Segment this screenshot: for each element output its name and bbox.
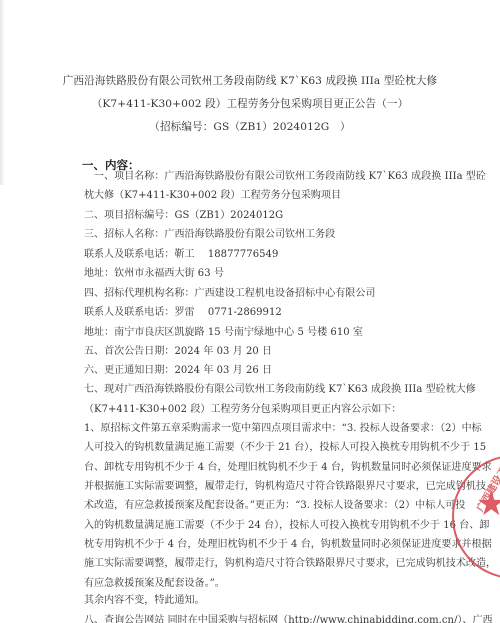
body-line-14: 1、原招标文件第五章采购需求一览中第四点项目需求中：“3. 投标人设备要求：（2…: [84, 422, 482, 435]
body-line-21: 施工实际需要调整，履带走行，钩机构造尺寸符合铁路限界尺寸要求，已完成钩机技术改造…: [84, 557, 496, 570]
title-line-2: （K7+411-K30+002 段）工程劳务分包采购项目更正公告（一）: [0, 97, 500, 111]
body-line-18: 术改造，有应急救援预案及配套设备。”更正为：“3. 投标人设备要求：（2）中标人…: [84, 499, 465, 512]
body-line-5: 联系人及联系电话：靳工 18877776549: [84, 248, 278, 261]
body-line-6: 地址：钦州市永福西大街 63 号: [84, 267, 224, 280]
body-line-7: 四、招标代理机构名称：广西建设工程机电设备招标中心有限公司: [84, 287, 375, 300]
title-line-1: 广西沿海铁路股份有限公司钦州工务段南防线 K7`K63 成段换 IIIa 型砼枕…: [0, 74, 500, 88]
body-line-11: 六、更正通知日期：2024 年 03 月 26 日: [84, 364, 272, 377]
body-line-22: 有应急救援预案及配套设备。”。: [84, 577, 225, 590]
body-line-15: 人可投入的钩机数量满足施工需要（不少于 21 台），投标人可投入换枕专用钩机不少…: [84, 441, 486, 454]
body-line-8: 联系人及联系电话：罗雷 0771-2869912: [84, 306, 282, 319]
body-line-13: （K7+411-K30+002 段）工程劳务分包采购项目更正内容公示如下：: [84, 403, 401, 416]
body-line-19: 入的钩机数量满足施工需要（不少于 24 台），投标人可投入换枕专用钩机不少于 1…: [84, 519, 489, 532]
body-line-24: 八、查询公告网站 同时在中国采购与招标网（http://www.chinabid…: [84, 614, 493, 623]
body-line-3: 二、项目招标编号：GS（ZB1）2024012G: [84, 209, 283, 222]
body-line-4: 三、招标人名称：广西沿海铁路股份有限公司钦州工务段: [84, 228, 335, 241]
body-line-2: 枕大修（K7+411-K30+002 段）工程劳务分包采购项目: [84, 189, 341, 202]
body-line-1: 一、项目名称：广西沿海铁路股份有限公司钦州工务段南防线 K7`K63 成段换 I…: [84, 170, 486, 183]
body-line-23: 其余内容不变，特此通知。: [84, 594, 205, 607]
body-line-16: 台、卸枕专用钩机不少于 4 台，处理旧枕钩机不少于 4 台，钩机数量同时必须保证…: [84, 461, 492, 474]
scan-edge-shadow: [0, 0, 5, 185]
tender-number-line: （招标编号：GS（ZB1）2024012G ）: [0, 120, 500, 134]
body-line-10: 五、首次公告日期：2024 年 03 月 20 日: [84, 345, 272, 358]
body-line-20: 枕专用钩机不少于 4 台，处理旧枕钩机不少于 4 台，钩机数量同时必须保证进度要…: [84, 538, 492, 551]
seal-star-icon: ★: [476, 487, 500, 521]
body-line-17: 并根据施工实际需要调整，履带走行，钩机构造尺寸符合铁路限界尺寸要求，已完成钩机技: [84, 480, 486, 493]
body-line-12: 七、现对广西沿海铁路股份有限公司钦州工务段南防线 K7`K63 成段换 IIIa…: [84, 383, 476, 396]
document-page: 广西沿海铁路股份有限公司钦州工务段南防线 K7`K63 成段换 IIIa 型砼枕…: [0, 0, 500, 623]
body-line-9: 地址：南宁市良庆区凯旋路 15 号南宁绿地中心 5 号楼 610 室: [84, 326, 363, 339]
